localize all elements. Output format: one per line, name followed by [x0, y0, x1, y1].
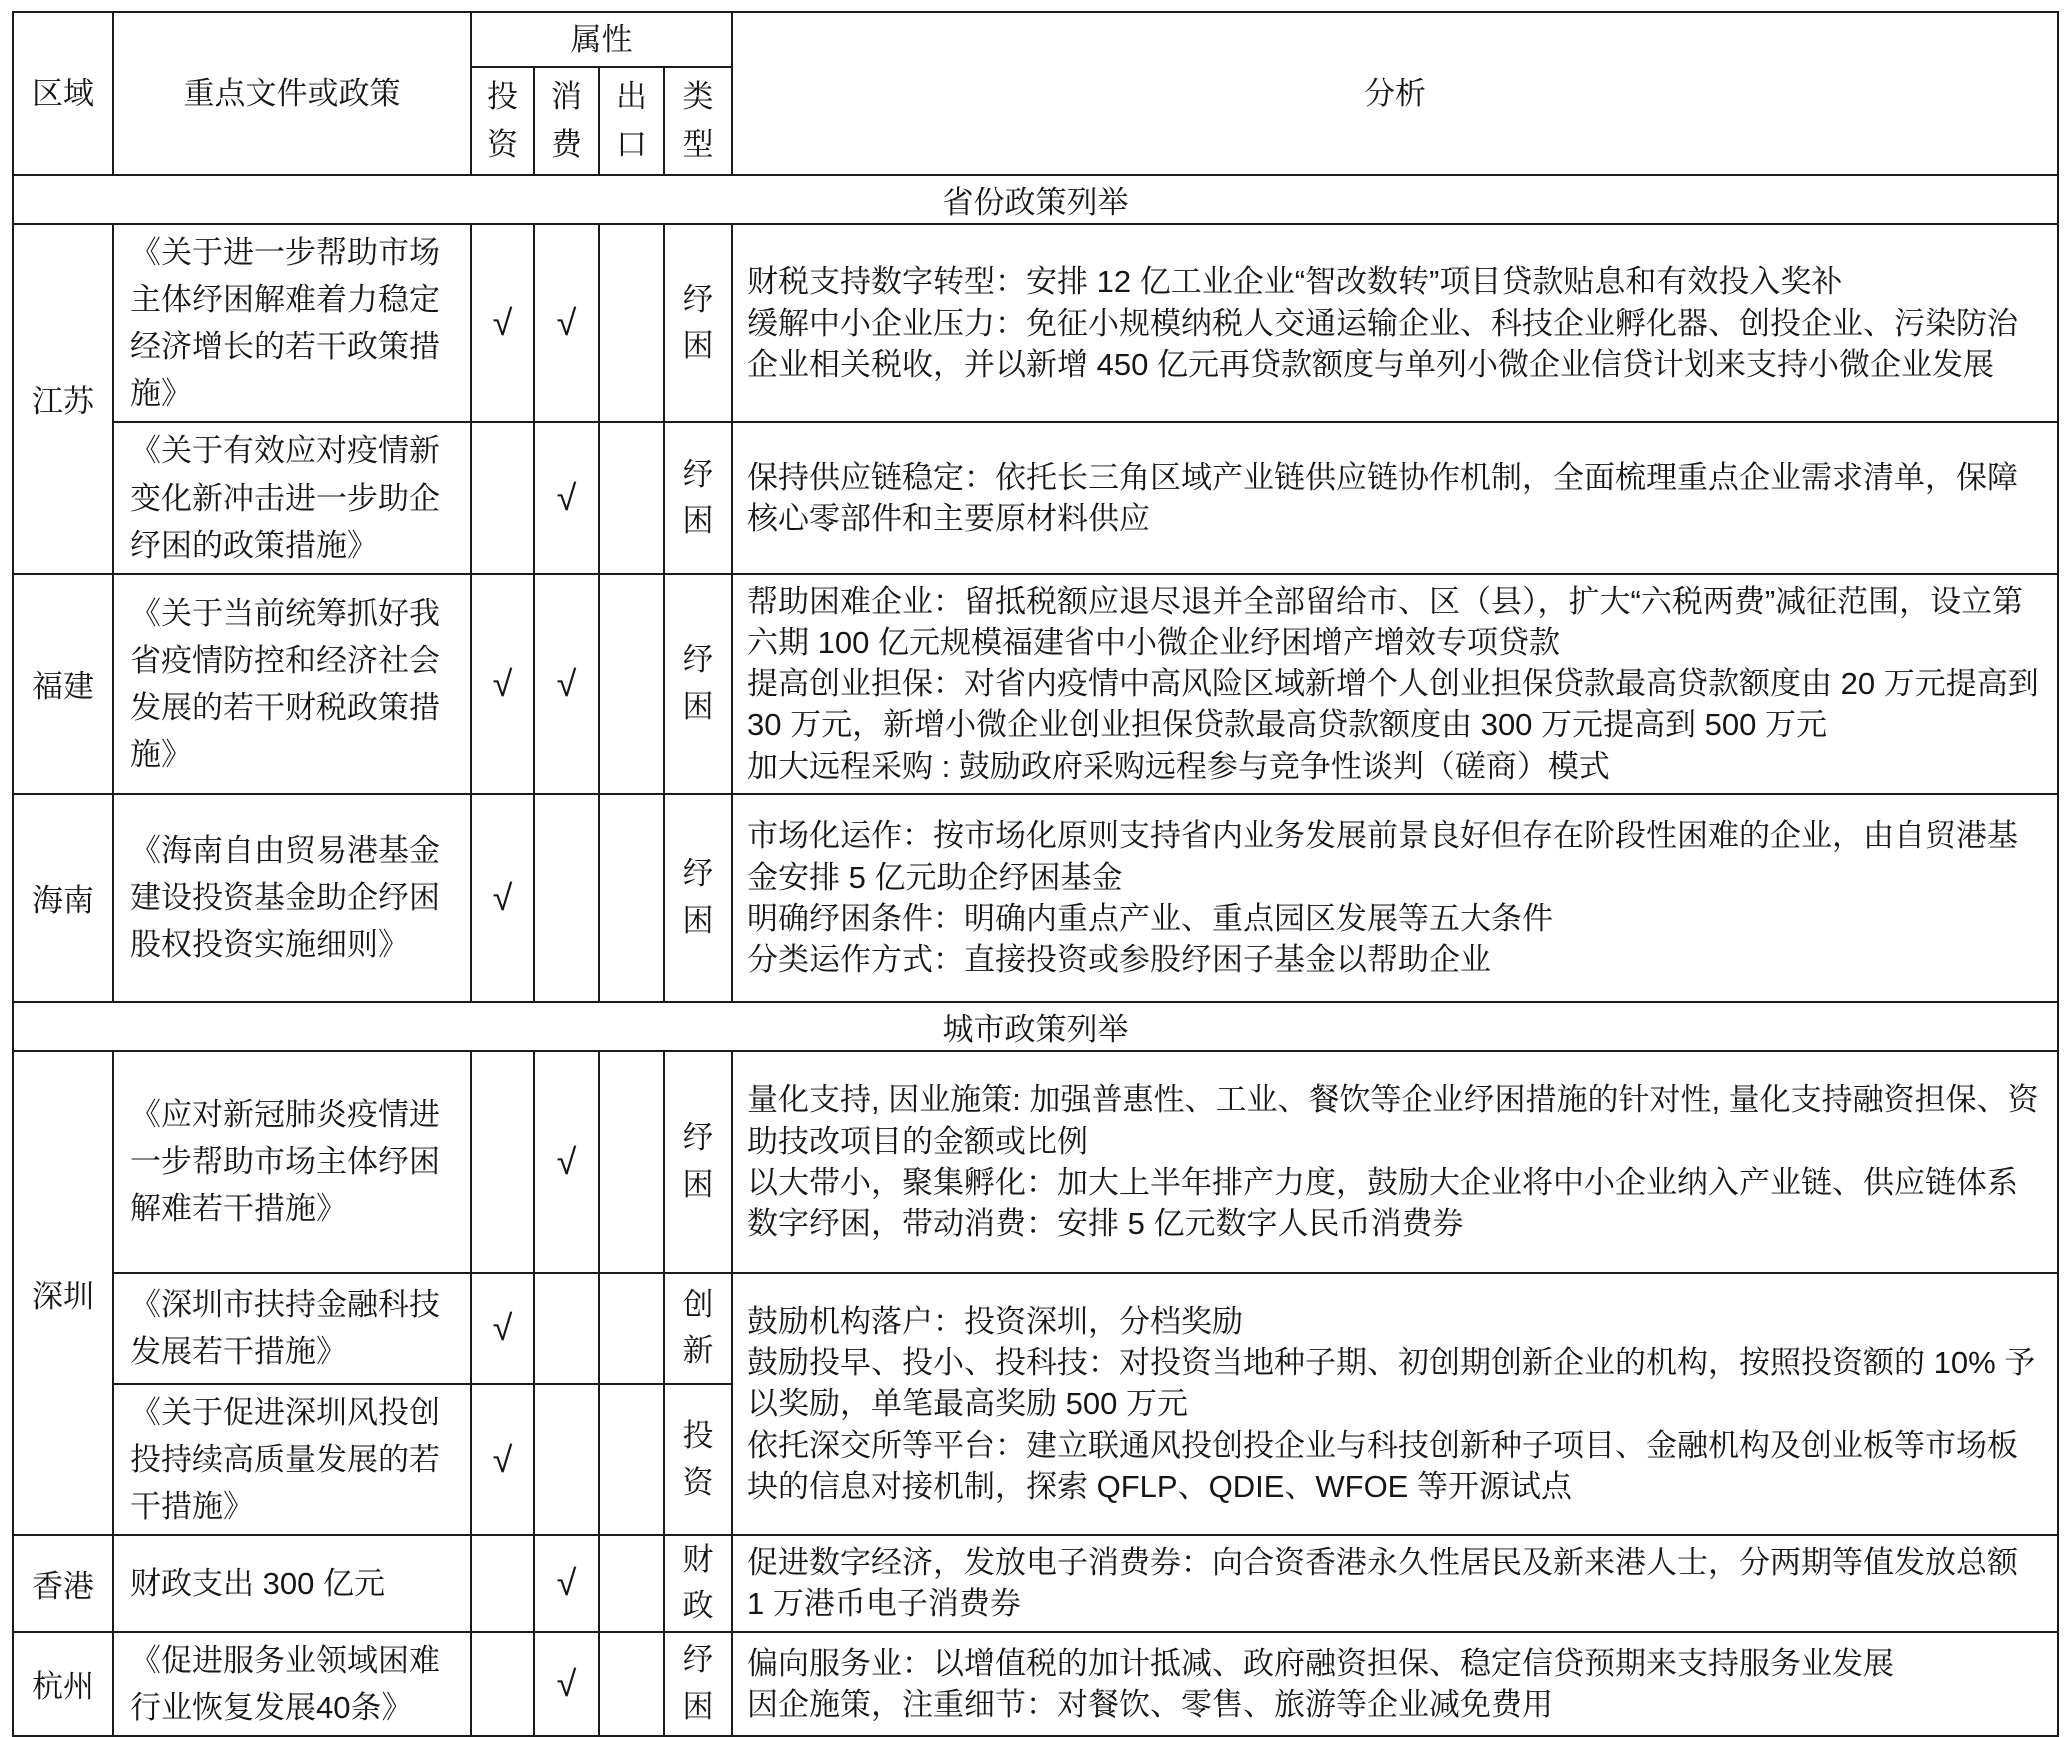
region-hongkong: 香港 — [13, 1535, 113, 1631]
policy-type: 纾困 — [664, 794, 732, 1002]
region-hangzhou: 杭州 — [13, 1632, 113, 1736]
policy-title: 《深圳市扶持金融科技发展若干措施》 — [113, 1273, 471, 1384]
policy-type: 纾困 — [664, 224, 732, 422]
check-invest — [471, 1632, 534, 1736]
policy-type: 纾困 — [664, 1051, 732, 1273]
policy-analysis: 鼓励机构落户：投资深圳，分档奖励 鼓励投早、投小、投科技：对投资当地种子期、初创… — [732, 1273, 2058, 1535]
check-export — [599, 224, 664, 422]
document-page: 区域 重点文件或政策 属性 分析 投资 消费 出口 类型 省份政策列举 江苏 《… — [0, 0, 2069, 1638]
policy-title: 《促进服务业领域困难行业恢复发展40条》 — [113, 1632, 471, 1736]
policy-analysis: 促进数字经济，发放电子消费券：向合资香港永久性居民及新来港人士，分两期等值发放总… — [732, 1535, 2058, 1631]
check-invest — [471, 422, 534, 573]
check-export — [599, 574, 664, 794]
policy-title: 《关于有效应对疫情新变化新冲击进一步助企纾困的政策措施》 — [113, 422, 471, 573]
region-jiangsu: 江苏 — [13, 224, 113, 574]
policy-title: 《关于当前统筹抓好我省疫情防控和经济社会发展的若干财税政策措施》 — [113, 574, 471, 794]
check-invest — [471, 1535, 534, 1631]
check-invest: √ — [471, 224, 534, 422]
policy-title: 《应对新冠肺炎疫情进一步帮助市场主体纾困解难若干措施》 — [113, 1051, 471, 1273]
section-header-province: 省份政策列举 — [13, 175, 2058, 224]
check-consume — [534, 1273, 599, 1384]
table-row: 香港 财政支出 300 亿元 √ 财政 促进数字经济，发放电子消费券：向合资香港… — [13, 1535, 2058, 1631]
region-shenzhen: 深圳 — [13, 1051, 113, 1535]
check-invest: √ — [471, 794, 534, 1002]
table-row: 深圳 《应对新冠肺炎疫情进一步帮助市场主体纾困解难若干措施》 √ 纾困 量化支持… — [13, 1051, 2058, 1273]
check-export — [599, 1535, 664, 1631]
policy-type: 财政 — [664, 1535, 732, 1631]
policy-title: 《关于进一步帮助市场主体纾困解难着力稳定经济增长的若干政策措施》 — [113, 224, 471, 422]
check-consume: √ — [534, 1632, 599, 1736]
check-export — [599, 422, 664, 573]
policy-analysis: 量化支持, 因业施策: 加强普惠性、工业、餐饮等企业纾困措施的针对性, 量化支持… — [732, 1051, 2058, 1273]
check-export — [599, 1273, 664, 1384]
policy-type: 创新 — [664, 1273, 732, 1384]
col-header-invest: 投资 — [471, 67, 534, 175]
policy-title: 财政支出 300 亿元 — [113, 1535, 471, 1631]
policy-type: 纾困 — [664, 422, 732, 573]
policy-analysis: 市场化运作：按市场化原则支持省内业务发展前景良好但存在阶段性困难的企业，由自贸港… — [732, 794, 2058, 1002]
check-consume: √ — [534, 1051, 599, 1273]
table-row: 《关于有效应对疫情新变化新冲击进一步助企纾困的政策措施》 √ 纾困 保持供应链稳… — [13, 422, 2058, 573]
policy-type: 纾困 — [664, 574, 732, 794]
policy-analysis: 保持供应链稳定：依托长三角区域产业链供应链协作机制，全面梳理重点企业需求清单，保… — [732, 422, 2058, 573]
col-header-consume: 消费 — [534, 67, 599, 175]
policy-title: 《关于促进深圳风投创投持续高质量发展的若干措施》 — [113, 1384, 471, 1535]
col-header-policy: 重点文件或政策 — [113, 12, 471, 175]
table-row: 《深圳市扶持金融科技发展若干措施》 √ 创新 鼓励机构落户：投资深圳，分档奖励 … — [13, 1273, 2058, 1384]
check-consume — [534, 794, 599, 1002]
check-consume: √ — [534, 1535, 599, 1631]
policy-title: 《海南自由贸易港基金建设投资基金助企纾困股权投资实施细则》 — [113, 794, 471, 1002]
check-export — [599, 1384, 664, 1535]
table-row: 杭州 《促进服务业领域困难行业恢复发展40条》 √ 纾困 偏向服务业：以增值税的… — [13, 1632, 2058, 1736]
policy-table: 区域 重点文件或政策 属性 分析 投资 消费 出口 类型 省份政策列举 江苏 《… — [12, 11, 2059, 1737]
section-header-city: 城市政策列举 — [13, 1002, 2058, 1051]
check-consume — [534, 1384, 599, 1535]
col-header-export: 出口 — [599, 67, 664, 175]
check-invest: √ — [471, 1273, 534, 1384]
check-invest: √ — [471, 1384, 534, 1535]
check-consume: √ — [534, 224, 599, 422]
policy-analysis: 帮助困难企业：留抵税额应退尽退并全部留给市、区（县），扩大“六税两费”减征范围，… — [732, 574, 2058, 794]
col-header-region: 区域 — [13, 12, 113, 175]
table-row: 福建 《关于当前统筹抓好我省疫情防控和经济社会发展的若干财税政策措施》 √ √ … — [13, 574, 2058, 794]
policy-analysis: 偏向服务业：以增值税的加计抵减、政府融资担保、稳定信贷预期来支持服务业发展 因企… — [732, 1632, 2058, 1736]
check-invest: √ — [471, 574, 534, 794]
policy-type: 纾困 — [664, 1632, 732, 1736]
col-header-type: 类型 — [664, 67, 732, 175]
table-row: 江苏 《关于进一步帮助市场主体纾困解难着力稳定经济增长的若干政策措施》 √ √ … — [13, 224, 2058, 422]
check-export — [599, 794, 664, 1002]
check-invest — [471, 1051, 534, 1273]
check-export — [599, 1632, 664, 1736]
policy-analysis: 财税支持数字转型：安排 12 亿工业企业“智改数转”项目贷款贴息和有效投入奖补 … — [732, 224, 2058, 422]
region-hainan: 海南 — [13, 794, 113, 1002]
check-export — [599, 1051, 664, 1273]
policy-type: 投资 — [664, 1384, 732, 1535]
check-consume: √ — [534, 574, 599, 794]
region-fujian: 福建 — [13, 574, 113, 794]
check-consume: √ — [534, 422, 599, 573]
table-row: 海南 《海南自由贸易港基金建设投资基金助企纾困股权投资实施细则》 √ 纾困 市场… — [13, 794, 2058, 1002]
col-header-attributes: 属性 — [471, 12, 732, 67]
col-header-analysis: 分析 — [732, 12, 2058, 175]
